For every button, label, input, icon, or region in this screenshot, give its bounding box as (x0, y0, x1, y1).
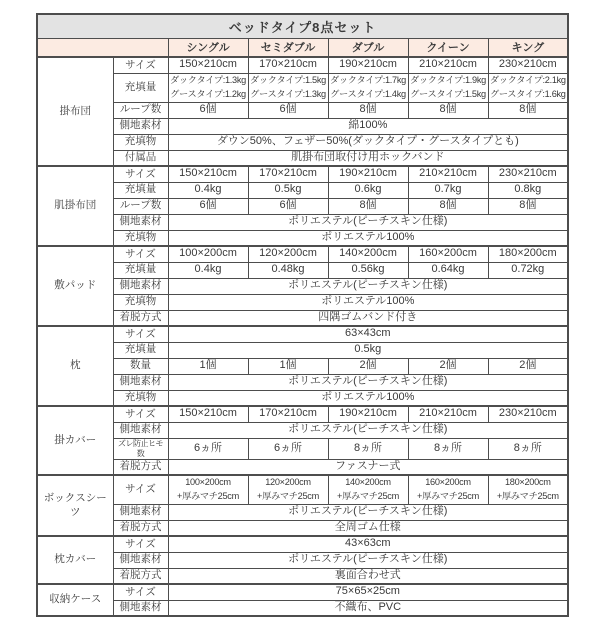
table-head: ベッドタイプ8点セット シングル セミダブル ダブル クイーン キング (37, 14, 568, 57)
spec-value: 8個 (408, 102, 488, 118)
spec-value-merged: ポリエステル(ピーチスキン仕様) (168, 374, 568, 390)
spec-value-merged: ファスナー式 (168, 459, 568, 475)
row-label: 充填物 (113, 230, 168, 246)
spec-row: 着脱方式ファスナー式 (37, 459, 568, 475)
row-label: 着脱方式 (113, 310, 168, 326)
spec-value-merged: ポリエステル100% (168, 230, 568, 246)
item-name: 枕カバー (37, 536, 113, 584)
row-label: 充填量 (113, 73, 168, 102)
row-label: 充填量 (113, 262, 168, 278)
spec-value: 0.6kg (328, 182, 408, 198)
row-label: サイズ (113, 166, 168, 182)
spec-value-merged: ポリエステル(ピーチスキン仕様) (168, 552, 568, 568)
spec-value: 2個 (408, 358, 488, 374)
spec-value: 100×200cm (168, 246, 248, 262)
spec-sheet: ベッドタイプ8点セット シングル セミダブル ダブル クイーン キング 掛布団サ… (0, 0, 600, 617)
spec-row: 側地素材ポリエステル(ピーチスキン仕様) (37, 422, 568, 438)
spec-value: 210×210cm (408, 166, 488, 182)
spec-row: 側地素材ポリエステル(ピーチスキン仕様) (37, 374, 568, 390)
item-name: 枕 (37, 326, 113, 406)
spec-value: 0.64kg (408, 262, 488, 278)
bed-set-spec-table: ベッドタイプ8点セット シングル セミダブル ダブル クイーン キング 掛布団サ… (36, 13, 569, 617)
spec-value: 1個 (168, 358, 248, 374)
row-label: 側地素材 (113, 374, 168, 390)
spec-row: 掛布団サイズ150×210cm170×210cm190×210cm210×210… (37, 57, 568, 73)
row-label: 付属品 (113, 150, 168, 166)
spec-row: 着脱方式四隅ゴムバンド付き (37, 310, 568, 326)
item-name: 掛布団 (37, 57, 113, 166)
spec-value: 8個 (328, 102, 408, 118)
spec-value: 160×200cm +厚みマチ25cm (408, 475, 488, 504)
spec-row: ズレ防止ヒモ数6ヵ所6ヵ所8ヵ所8ヵ所8ヵ所 (37, 438, 568, 459)
spec-value: 150×210cm (168, 57, 248, 73)
spec-row: 側地素材ポリエステル(ピーチスキン仕様) (37, 504, 568, 520)
row-label: サイズ (113, 326, 168, 342)
spec-value: ダックタイプ:1.3kg グースタイプ:1.2kg (168, 73, 248, 102)
spec-row: 充填物ポリエステル100% (37, 390, 568, 406)
spec-value: ダックタイプ:2.1kg グースタイプ:1.6kg (488, 73, 568, 102)
spec-value: 140×200cm (328, 246, 408, 262)
spec-row: 側地素材不織布、PVC (37, 600, 568, 616)
row-label: 側地素材 (113, 214, 168, 230)
spec-value: ダックタイプ:1.7kg グースタイプ:1.4kg (328, 73, 408, 102)
spec-value: 170×210cm (248, 57, 328, 73)
spec-row: 付属品肌掛布団取付け用ホックバンド (37, 150, 568, 166)
spec-value-merged: ポリエステル100% (168, 294, 568, 310)
spec-value: 190×210cm (328, 57, 408, 73)
spec-row: ボックスシーツサイズ100×200cm +厚みマチ25cm120×200cm +… (37, 475, 568, 504)
spec-value-merged: 75×65×25cm (168, 584, 568, 600)
spec-value: 0.4kg (168, 182, 248, 198)
spec-value: 6個 (168, 102, 248, 118)
row-label: サイズ (113, 57, 168, 73)
title-row: ベッドタイプ8点セット (37, 14, 568, 38)
spec-value-merged: 四隅ゴムバンド付き (168, 310, 568, 326)
spec-value-merged: 不織布、PVC (168, 600, 568, 616)
row-label: 充填物 (113, 134, 168, 150)
spec-value: 230×210cm (488, 406, 568, 422)
spec-value: 100×200cm +厚みマチ25cm (168, 475, 248, 504)
spec-value: 6個 (168, 198, 248, 214)
spec-row: 充填物ポリエステル100% (37, 294, 568, 310)
spec-row: 充填量0.4kg0.48kg0.56kg0.64kg0.72kg (37, 262, 568, 278)
spec-value: 180×200cm +厚みマチ25cm (488, 475, 568, 504)
row-label: 充填物 (113, 390, 168, 406)
spec-row: 充填量0.4kg0.5kg0.6kg0.7kg0.8kg (37, 182, 568, 198)
spec-row: 充填物ポリエステル100% (37, 230, 568, 246)
spec-value-merged: ポリエステル(ピーチスキン仕様) (168, 422, 568, 438)
row-label: 数量 (113, 358, 168, 374)
spec-value: 190×210cm (328, 406, 408, 422)
column-header-king: キング (488, 38, 568, 57)
row-label: 側地素材 (113, 552, 168, 568)
spec-row: 充填物ダウン50%、フェザー50%(ダックタイプ・グースタイプとも) (37, 134, 568, 150)
section-肌掛布団: 肌掛布団サイズ150×210cm170×210cm190×210cm210×21… (37, 166, 568, 246)
column-header-row: シングル セミダブル ダブル クイーン キング (37, 38, 568, 57)
row-label: サイズ (113, 584, 168, 600)
spec-value-merged: 裏面合わせ式 (168, 568, 568, 584)
column-header-semidouble: セミダブル (248, 38, 328, 57)
spec-value: 120×200cm +厚みマチ25cm (248, 475, 328, 504)
spec-row: ループ数6個6個8個8個8個 (37, 198, 568, 214)
row-label: ズレ防止ヒモ数 (113, 438, 168, 459)
spec-value-merged: ポリエステル(ピーチスキン仕様) (168, 214, 568, 230)
spec-row: 着脱方式裏面合わせ式 (37, 568, 568, 584)
spec-value-merged: ポリエステル100% (168, 390, 568, 406)
spec-value: 190×210cm (328, 166, 408, 182)
spec-row: 側地素材ポリエステル(ピーチスキン仕様) (37, 278, 568, 294)
spec-value: 0.56kg (328, 262, 408, 278)
spec-row: 肌掛布団サイズ150×210cm170×210cm190×210cm210×21… (37, 166, 568, 182)
spec-value: 150×210cm (168, 166, 248, 182)
row-label: 充填量 (113, 182, 168, 198)
spec-value: 140×200cm +厚みマチ25cm (328, 475, 408, 504)
row-label: 側地素材 (113, 600, 168, 616)
header-corner-cell (37, 38, 168, 57)
row-label: 側地素材 (113, 278, 168, 294)
spec-value: 180×200cm (488, 246, 568, 262)
row-label: 充填物 (113, 294, 168, 310)
spec-value-merged: 0.5kg (168, 342, 568, 358)
spec-value: 6個 (248, 102, 328, 118)
row-label: サイズ (113, 475, 168, 504)
table-title: ベッドタイプ8点セット (37, 14, 568, 38)
spec-row: 数量1個1個2個2個2個 (37, 358, 568, 374)
section-枕: 枕サイズ63×43cm充填量0.5kg数量1個1個2個2個2個側地素材ポリエステ… (37, 326, 568, 406)
spec-row: 側地素材綿100% (37, 118, 568, 134)
section-敷パッド: 敷パッドサイズ100×200cm120×200cm140×200cm160×20… (37, 246, 568, 326)
spec-value: ダックタイプ:1.5kg グースタイプ:1.3kg (248, 73, 328, 102)
spec-value: 6ヵ所 (168, 438, 248, 459)
spec-value-merged: 43×63cm (168, 536, 568, 552)
spec-value: ダックタイプ:1.9kg グースタイプ:1.5kg (408, 73, 488, 102)
row-label: ループ数 (113, 102, 168, 118)
spec-value: 230×210cm (488, 166, 568, 182)
spec-value: 210×210cm (408, 406, 488, 422)
item-name: 収納ケース (37, 584, 113, 616)
item-name: ボックスシーツ (37, 475, 113, 536)
spec-value: 0.7kg (408, 182, 488, 198)
spec-value-merged: ダウン50%、フェザー50%(ダックタイプ・グースタイプとも) (168, 134, 568, 150)
spec-row: 収納ケースサイズ75×65×25cm (37, 584, 568, 600)
row-label: サイズ (113, 536, 168, 552)
spec-value: 0.8kg (488, 182, 568, 198)
section-掛布団: 掛布団サイズ150×210cm170×210cm190×210cm210×210… (37, 57, 568, 166)
section-枕カバー: 枕カバーサイズ43×63cm側地素材ポリエステル(ピーチスキン仕様)着脱方式裏面… (37, 536, 568, 584)
spec-value: 8ヵ所 (488, 438, 568, 459)
spec-value-merged: ポリエステル(ピーチスキン仕様) (168, 504, 568, 520)
spec-value: 6ヵ所 (248, 438, 328, 459)
spec-value: 0.4kg (168, 262, 248, 278)
spec-row: ループ数6個6個8個8個8個 (37, 102, 568, 118)
spec-row: 敷パッドサイズ100×200cm120×200cm140×200cm160×20… (37, 246, 568, 262)
spec-value: 6個 (248, 198, 328, 214)
spec-value: 8個 (408, 198, 488, 214)
row-label: 着脱方式 (113, 459, 168, 475)
spec-value: 2個 (488, 358, 568, 374)
spec-value: 8個 (488, 102, 568, 118)
spec-value: 0.72kg (488, 262, 568, 278)
column-header-single: シングル (168, 38, 248, 57)
item-name: 敷パッド (37, 246, 113, 326)
section-ボックスシーツ: ボックスシーツサイズ100×200cm +厚みマチ25cm120×200cm +… (37, 475, 568, 536)
spec-value-merged: 63×43cm (168, 326, 568, 342)
spec-value: 1個 (248, 358, 328, 374)
row-label: サイズ (113, 406, 168, 422)
spec-value: 2個 (328, 358, 408, 374)
spec-row: 掛カバーサイズ150×210cm170×210cm190×210cm210×21… (37, 406, 568, 422)
spec-value-merged: 肌掛布団取付け用ホックバンド (168, 150, 568, 166)
spec-value: 8個 (328, 198, 408, 214)
spec-value: 170×210cm (248, 166, 328, 182)
row-label: 着脱方式 (113, 568, 168, 584)
row-label: サイズ (113, 246, 168, 262)
column-header-queen: クイーン (408, 38, 488, 57)
spec-value-merged: ポリエステル(ピーチスキン仕様) (168, 278, 568, 294)
spec-value-merged: 綿100% (168, 118, 568, 134)
column-header-double: ダブル (328, 38, 408, 57)
spec-row: 側地素材ポリエステル(ピーチスキン仕様) (37, 552, 568, 568)
spec-value: 170×210cm (248, 406, 328, 422)
row-label: 側地素材 (113, 422, 168, 438)
spec-value: 8個 (488, 198, 568, 214)
spec-value: 8ヵ所 (328, 438, 408, 459)
spec-row: 枕カバーサイズ43×63cm (37, 536, 568, 552)
row-label: 充填量 (113, 342, 168, 358)
spec-row: 側地素材ポリエステル(ピーチスキン仕様) (37, 214, 568, 230)
spec-value: 150×210cm (168, 406, 248, 422)
item-name: 肌掛布団 (37, 166, 113, 246)
spec-value: 230×210cm (488, 57, 568, 73)
section-収納ケース: 収納ケースサイズ75×65×25cm側地素材不織布、PVC (37, 584, 568, 616)
spec-value: 0.48kg (248, 262, 328, 278)
spec-row: 充填量0.5kg (37, 342, 568, 358)
row-label: 側地素材 (113, 118, 168, 134)
item-name: 掛カバー (37, 406, 113, 475)
spec-value: 8ヵ所 (408, 438, 488, 459)
spec-row: 充填量ダックタイプ:1.3kg グースタイプ:1.2kgダックタイプ:1.5kg… (37, 73, 568, 102)
spec-row: 枕サイズ63×43cm (37, 326, 568, 342)
spec-value: 120×200cm (248, 246, 328, 262)
spec-row: 着脱方式全周ゴム仕様 (37, 520, 568, 536)
spec-value-merged: 全周ゴム仕様 (168, 520, 568, 536)
row-label: 着脱方式 (113, 520, 168, 536)
row-label: 側地素材 (113, 504, 168, 520)
spec-value: 210×210cm (408, 57, 488, 73)
spec-value: 160×200cm (408, 246, 488, 262)
section-掛カバー: 掛カバーサイズ150×210cm170×210cm190×210cm210×21… (37, 406, 568, 475)
row-label: ループ数 (113, 198, 168, 214)
spec-value: 0.5kg (248, 182, 328, 198)
